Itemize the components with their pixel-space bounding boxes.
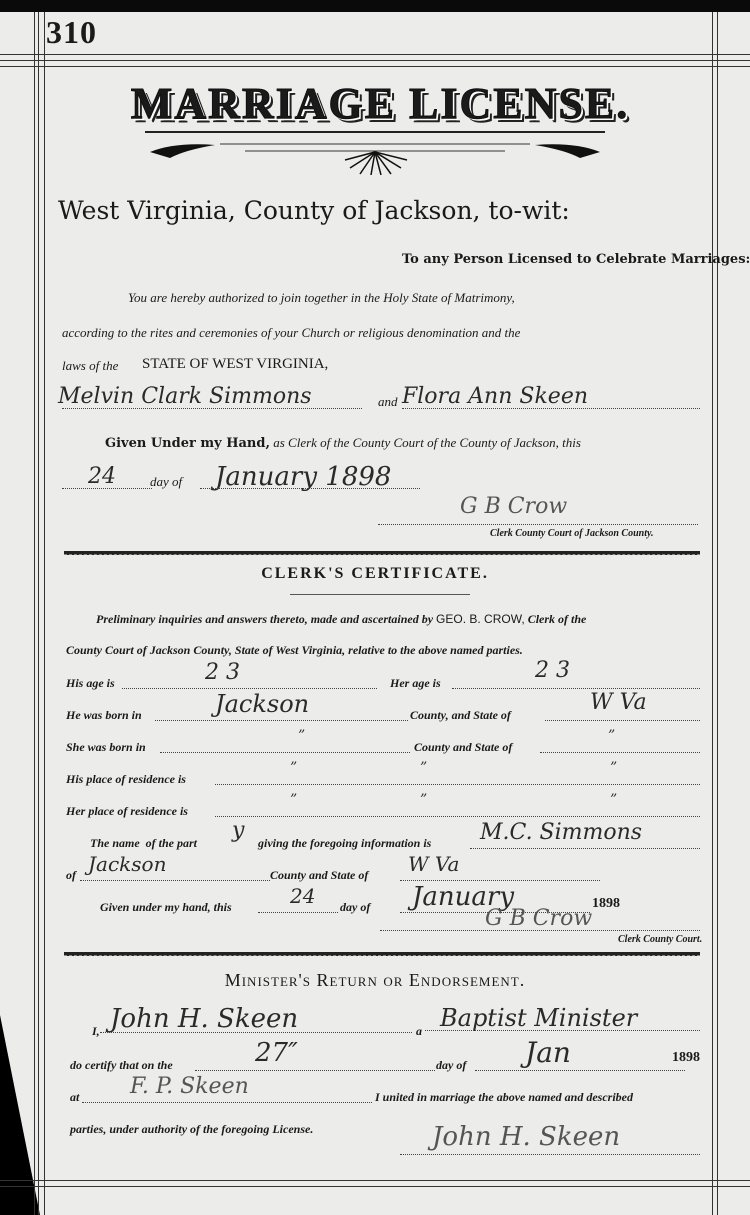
his-age-value: 2 3 [205, 660, 240, 685]
informant-party: y [232, 818, 244, 843]
frame-line-left-outer [34, 12, 35, 1215]
cert-given-day-line [258, 912, 338, 913]
minister-signature: John H. Skeen [432, 1122, 620, 1152]
clerk-printed-name: GEO. B. CROW, [436, 612, 525, 626]
clerk-title-license: Clerk County Court of Jackson County. [490, 528, 654, 539]
his-residence-3: ” [610, 760, 617, 776]
certificate-intro-end: Clerk of the [528, 612, 587, 626]
her-residence-line [215, 816, 700, 817]
bride-name: Flora Ann Skeen [402, 384, 588, 409]
his-residence-line [215, 784, 700, 785]
informant-county-state-label: County and State of [270, 868, 368, 883]
minister-title-line [425, 1030, 700, 1031]
given-under-hand: Given Under my Hand, as Clerk of the Cou… [105, 435, 581, 451]
marriage-day-of-label: day of [436, 1058, 466, 1073]
clerk-signature-line [378, 524, 698, 525]
groom-name-line [62, 408, 362, 409]
he-born-county: Jackson [215, 690, 309, 718]
certificate-title-rule [290, 594, 470, 595]
she-born-county-line [160, 752, 410, 753]
cert-given-day: 24 [290, 884, 315, 908]
informant-label-prefix: The name [90, 836, 140, 850]
certificate-intro-line1: Preliminary inquiries and answers theret… [96, 612, 586, 627]
her-age-value: 2 3 [535, 658, 570, 683]
informant-label-suffix: giving the foregoing information is [258, 836, 431, 851]
informant-label: The name of the part [90, 836, 197, 851]
he-born-county-line [155, 720, 408, 721]
he-born-state: W Va [590, 690, 647, 715]
marriage-place: F. P. Skeen [130, 1074, 249, 1099]
footer-rule-2 [0, 1186, 750, 1187]
informant-county-line [80, 880, 270, 881]
informant-name: M.C. Simmons [480, 820, 642, 845]
header-rule-1 [0, 54, 750, 55]
section-divider-1 [64, 551, 700, 555]
header-rule-3 [0, 66, 750, 67]
license-day-line [62, 488, 152, 489]
informant-label-mid: of the part [146, 836, 197, 850]
marriage-place-line [82, 1102, 372, 1103]
marriage-year: 1898 [672, 1050, 700, 1066]
frame-line-right-inner [712, 12, 713, 1215]
she-born-state-line [540, 752, 700, 753]
license-salutation: To any Person Licensed to Celebrate Marr… [402, 252, 750, 267]
given-under-hand-rest: as Clerk of the County Court of the Coun… [273, 435, 581, 450]
her-residence-2: ” [420, 792, 427, 808]
her-age-line [452, 688, 700, 689]
ornament-flourish-icon [145, 130, 605, 175]
clerk-title-certificate: Clerk County Court. [618, 934, 702, 945]
frame-line-left-mid [38, 12, 39, 1215]
his-age-line [122, 688, 377, 689]
license-state: STATE OF WEST VIRGINIA, [142, 356, 328, 373]
marriage-day-line [195, 1070, 435, 1071]
he-born-county-state-label: County, and State of [410, 708, 511, 723]
his-residence-label: His place of residence is [66, 772, 186, 787]
place-at-label: at [70, 1090, 79, 1105]
license-day-of-label: day of [150, 474, 182, 490]
clerks-certificate-title: CLERK'S CERTIFICATE. [0, 565, 750, 583]
her-residence-label: Her place of residence is [66, 804, 188, 819]
given-under-hand-bold: Given Under my Hand, [105, 436, 270, 451]
section-divider-2 [64, 952, 700, 956]
his-residence-1: ” [290, 760, 297, 776]
her-age-label: Her age is [390, 676, 441, 691]
her-residence-1: ” [290, 792, 297, 808]
she-born-state: ” [608, 728, 615, 744]
certificate-signature-line [380, 930, 700, 931]
header-rule-2 [0, 60, 750, 61]
his-residence-2: ” [420, 760, 427, 776]
cert-given-day-of: day of [340, 900, 370, 915]
page-number: 310 [46, 14, 97, 51]
license-body-line3-prefix: laws of the [62, 358, 118, 374]
clerk-signature-certificate: G B Crow [485, 906, 592, 931]
minister-name: John H. Skeen [110, 1004, 298, 1034]
certificate-intro-text: Preliminary inquiries and answers theret… [96, 612, 433, 626]
minister-i-label: I, [92, 1024, 100, 1039]
license-day: 24 [88, 464, 116, 489]
minister-title: Baptist Minister [440, 1004, 637, 1032]
marriage-day: 27″ [255, 1038, 298, 1068]
scan-top-edge [0, 0, 750, 12]
united-label: I united in marriage the above named and… [375, 1090, 633, 1105]
she-born-county-state-label: County and State of [414, 740, 512, 755]
he-born-label: He was born in [66, 708, 142, 723]
he-born-state-line [545, 720, 700, 721]
and-label: and [378, 394, 398, 410]
informant-state: W Va [408, 852, 459, 876]
document-title: MARRIAGE LICENSE. [60, 78, 700, 129]
license-heading: West Virginia, County of Jackson, to-wit… [58, 196, 570, 225]
informant-state-line [400, 880, 600, 881]
informant-name-line [470, 848, 700, 849]
she-born-label: She was born in [66, 740, 146, 755]
frame-line-left-inner [44, 12, 45, 1215]
marriage-month: Jan [525, 1036, 571, 1069]
minister-signature-line [400, 1154, 700, 1155]
license-date-line [200, 488, 420, 489]
ministers-return-title: Minister's Return or Endorsement. [0, 970, 750, 991]
clerk-signature-license: G B Crow [460, 494, 567, 519]
informant-county: Jackson [88, 852, 166, 876]
certify-label: do certify that on the [70, 1058, 173, 1073]
footer-rule-1 [0, 1180, 750, 1181]
certificate-intro-line2: County Court of Jackson County, State of… [66, 643, 523, 658]
she-born-county: ” [298, 728, 305, 744]
license-body-line1: You are hereby authorized to join togeth… [128, 290, 515, 306]
his-age-label: His age is [66, 676, 115, 691]
groom-name: Melvin Clark Simmons [58, 384, 312, 409]
her-residence-3: ” [610, 792, 617, 808]
frame-line-right-outer [717, 12, 718, 1215]
minister-a-label: a [416, 1024, 422, 1039]
marriage-month-line [475, 1070, 685, 1071]
informant-of-label: of [66, 868, 76, 883]
bride-name-line [402, 408, 700, 409]
cert-given-year: 1898 [592, 896, 620, 912]
license-body-line2: according to the rites and ceremonies of… [62, 325, 520, 341]
parties-label: parties, under authority of the foregoin… [70, 1122, 313, 1137]
minister-name-line [100, 1032, 412, 1033]
cert-given-label: Given under my hand, this [100, 900, 232, 915]
